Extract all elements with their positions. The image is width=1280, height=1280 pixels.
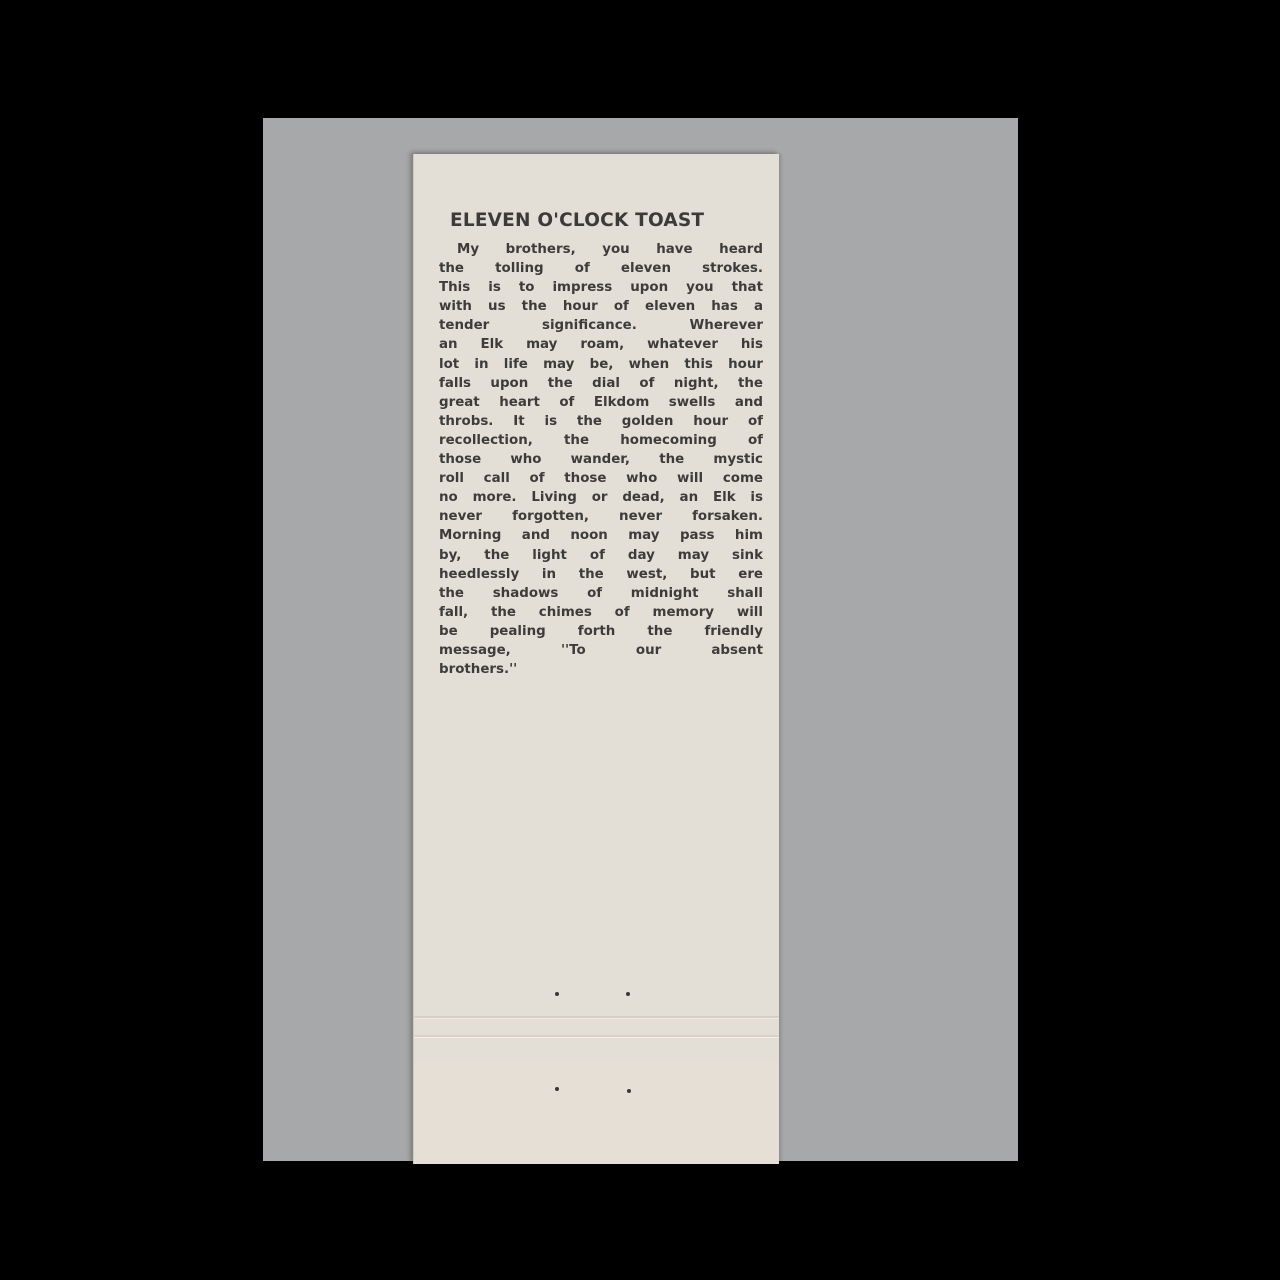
text-line: by, the light of day may sink (439, 546, 763, 565)
toast-text: My brothers, you have heard the tolling … (439, 240, 763, 679)
text-line: tender significance. Wherever (439, 316, 763, 335)
text-line: no more. Living or dead, an Elk is (439, 488, 763, 507)
text-line: heedlessly in the west, but ere (439, 565, 763, 584)
text-line: with us the hour of eleven has a (439, 297, 763, 316)
text-line: be pealing forth the friendly (439, 622, 763, 641)
text-line: fall, the chimes of memory will (439, 603, 763, 622)
text-line: throbs. It is the golden hour of (439, 412, 763, 431)
fold-crease (414, 1035, 779, 1037)
text-line: never forgotten, never forsaken. (439, 507, 763, 526)
staple-hole (627, 1089, 631, 1093)
text-line: those who wander, the mystic (439, 450, 763, 469)
text-line: lot in life may be, when this hour (439, 355, 763, 374)
text-line: Morning and noon may pass him (439, 526, 763, 545)
toast-title: ELEVEN O'CLOCK TOAST (450, 210, 762, 231)
text-line: message, ''To our absent (439, 641, 763, 660)
matchbook-cover: ELEVEN O'CLOCK TOAST My brothers, you ha… (413, 154, 779, 1164)
text-line: falls upon the dial of night, the (439, 374, 763, 393)
text-line: roll call of those who will come (439, 469, 763, 488)
text-line: the shadows of midnight shall (439, 584, 763, 603)
staple-hole (626, 992, 630, 996)
text-line: This is to impress upon you that (439, 278, 763, 297)
matchbook-striker-flap (414, 1059, 779, 1164)
staple-hole (555, 992, 559, 996)
text-line: brothers.'' (439, 660, 763, 679)
staple-hole (555, 1087, 559, 1091)
text-line: great heart of Elkdom swells and (439, 393, 763, 412)
text-line: an Elk may roam, whatever his (439, 335, 763, 354)
text-line: My brothers, you have heard (439, 240, 763, 259)
text-line: the tolling of eleven strokes. (439, 259, 763, 278)
text-line: recollection, the homecoming of (439, 431, 763, 450)
scanner-background: ELEVEN O'CLOCK TOAST My brothers, you ha… (263, 118, 1018, 1161)
fold-crease (414, 1016, 779, 1018)
